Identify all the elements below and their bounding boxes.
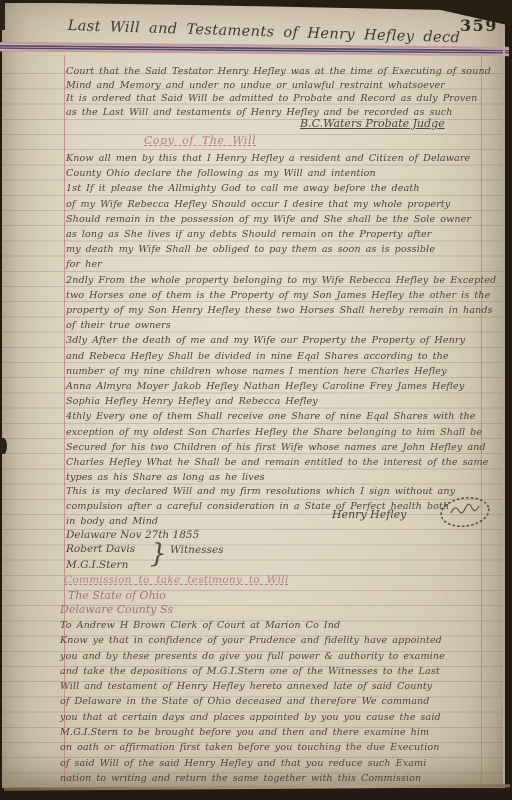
will-line: County Ohio declare the following as my … bbox=[66, 166, 496, 181]
book-gutter-notch bbox=[0, 438, 7, 454]
will-line: for her bbox=[66, 257, 496, 272]
witness-name: Robert Davis bbox=[66, 543, 135, 555]
will-line: 1st If it please the Allmighty God to ca… bbox=[66, 181, 496, 196]
commission-line: and take the depositions of M.G.I.Stern … bbox=[60, 664, 445, 679]
witness-name: M.G.I.Stern bbox=[66, 559, 128, 571]
commission-line: of said Will of the said Henry Hefley an… bbox=[60, 756, 445, 771]
commission-line: on oath or affirmation first taken befor… bbox=[60, 740, 445, 755]
probate-line: Mind and Memory and under no undue or un… bbox=[66, 79, 491, 93]
will-line: exception of my oldest Son Charles Hefle… bbox=[66, 425, 496, 440]
will-line: of my Wife Rebecca Hefley Should occur I… bbox=[66, 197, 496, 212]
probate-judge-signature: B.C.Waters Probate Judge bbox=[300, 117, 445, 130]
commission-line: you and by these presents do give you fu… bbox=[60, 649, 445, 664]
commission-line: M.G.I.Stern to be brought before you and… bbox=[60, 725, 445, 740]
county-ss-line: Delaware County Ss bbox=[60, 603, 173, 616]
commission-line: you that at certain days and places appo… bbox=[60, 710, 445, 725]
will-line: Secured for his two Children of his firs… bbox=[66, 440, 496, 455]
will-line: number of my nine children whose names I… bbox=[66, 364, 496, 379]
will-line: as long as She lives if any debts Should… bbox=[66, 227, 496, 242]
will-line: two Horses one of them is the Property o… bbox=[66, 288, 496, 303]
probate-order-paragraph: Court that the Said Testator Henry Hefle… bbox=[66, 65, 491, 119]
will-line: 2ndly From the whole property belonging … bbox=[66, 273, 496, 288]
will-line: Charles Hefley What he Shall be and rema… bbox=[66, 455, 496, 470]
will-line: Sophia Hefley Henry Hefley and Rebecca H… bbox=[66, 394, 496, 409]
witness-brace-icon: } bbox=[150, 539, 167, 569]
commission-line: To Andrew H Brown Clerk of Court at Mari… bbox=[60, 618, 445, 633]
state-of-ohio-line: The State of Ohio bbox=[68, 589, 166, 602]
commission-paragraph: To Andrew H Brown Clerk of Court at Mari… bbox=[60, 618, 445, 786]
will-line: and Rebeca Hefley Shall be divided in ni… bbox=[66, 349, 496, 364]
will-line: 3dly After the death of me and my Wife o… bbox=[66, 333, 496, 348]
closing-line: This is my declared Will and my firm res… bbox=[66, 484, 455, 499]
will-closing-paragraph: This is my declared Will and my firm res… bbox=[66, 484, 455, 529]
will-line: Know all men by this that I Henry Hefley… bbox=[66, 151, 496, 166]
book-gutter-shadow bbox=[0, 0, 5, 30]
will-line: property of my Son Henry Hefley these tw… bbox=[66, 303, 496, 318]
page-edge bbox=[503, 3, 505, 788]
commission-line: Will and testament of Henry Hefley heret… bbox=[60, 679, 445, 694]
will-date-line: Delaware Nov 27th 1855 bbox=[66, 529, 199, 541]
will-line: Anna Almyra Moyer Jakob Hefley Nathan He… bbox=[66, 379, 496, 394]
witness-label: Witnesses bbox=[170, 544, 224, 556]
commission-heading: Commission to take testimony to Will bbox=[64, 574, 289, 586]
probate-line: It is ordered that Said Will be admitted… bbox=[66, 92, 491, 106]
will-line: my death my Wife Shall be obliged to pay… bbox=[66, 242, 496, 257]
ledger-page: 359 Last Will and Testaments of Henry He… bbox=[2, 3, 505, 788]
commission-line: nation to writing and return the same to… bbox=[60, 771, 445, 786]
will-line: 4thly Every one of them Shall receive on… bbox=[66, 409, 496, 424]
record-book-photo: 359 Last Will and Testaments of Henry He… bbox=[0, 0, 512, 800]
will-body-paragraph: Know all men by this that I Henry Hefley… bbox=[66, 151, 496, 485]
testator-signature: Henry Hefley bbox=[332, 508, 406, 521]
seal-icon bbox=[438, 493, 492, 531]
will-line: of their true owners bbox=[66, 318, 496, 333]
commission-line: of Delaware in the State of Ohio decease… bbox=[60, 694, 445, 709]
will-copy-heading: Copy of The Will bbox=[144, 134, 256, 147]
will-line: Should remain in the possession of my Wi… bbox=[66, 212, 496, 227]
probate-line: Court that the Said Testator Henry Hefle… bbox=[66, 65, 491, 79]
commission-line: Know ye that in confidence of your Prude… bbox=[60, 633, 445, 648]
